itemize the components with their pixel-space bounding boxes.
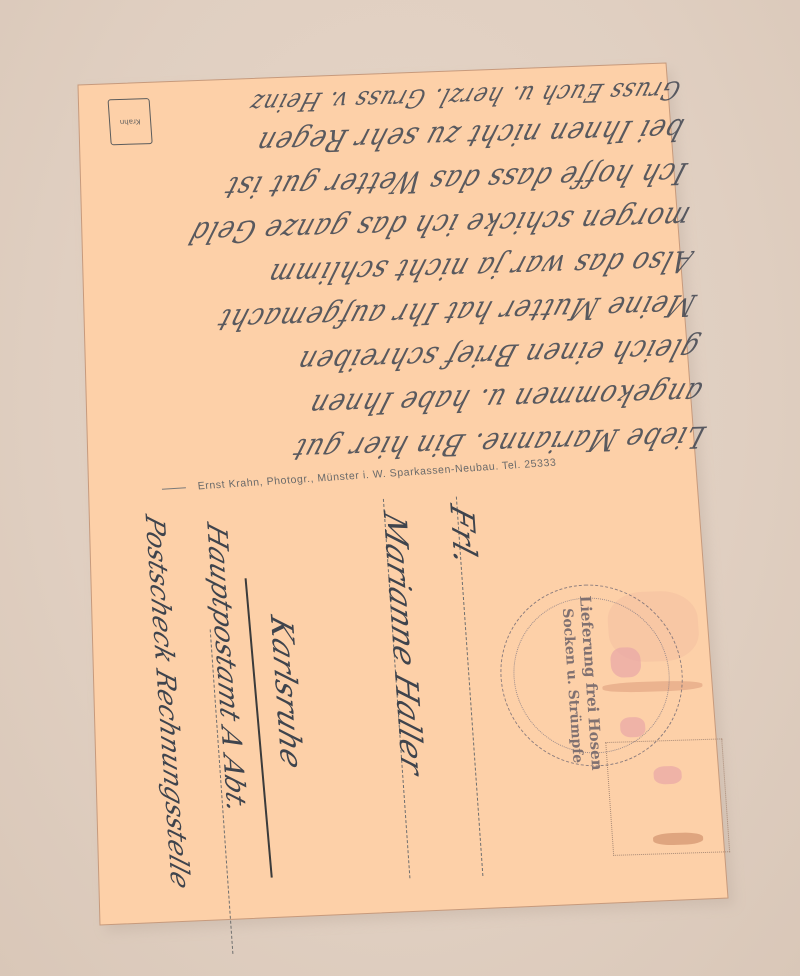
city: Karlsruhe	[263, 617, 308, 768]
handwritten-message: Liebe Marianne. Bin hier gut angekommen …	[88, 59, 716, 477]
stamp-residue	[653, 766, 682, 785]
message-line: morgen schicke ich das ganze Geld	[103, 199, 694, 252]
message-line: bei Ihnen nicht zu sehr Regen	[97, 111, 688, 164]
street: Hauptpostamt A Abt.	[200, 524, 251, 813]
stamp-residue	[653, 832, 704, 846]
imprint-dash	[162, 487, 186, 490]
department: Postscheck Rechnungsstelle	[139, 516, 195, 889]
message-line: gleich einen Brief schreiben	[112, 331, 703, 384]
message-line: angekommen u. habe Ihnen	[115, 374, 706, 427]
postcard-content: Liebe Marianne. Bin hier gut angekommen …	[88, 58, 771, 912]
photographer-logo-icon: Krahn	[108, 98, 153, 145]
message-line: Also das war ja nicht schlimm	[106, 243, 697, 296]
recipient-name: Marianne Haller	[376, 513, 430, 774]
message-line: Ich hoffe dass das Wetter gut ist	[100, 155, 691, 208]
salutation: Frl.	[443, 506, 485, 565]
message-line: Liebe Marianne. Bin hier gut	[119, 418, 710, 471]
logo-text: Krahn	[120, 117, 141, 126]
message-line: Meine Mutter hat Ihr aufgemacht	[109, 287, 700, 340]
